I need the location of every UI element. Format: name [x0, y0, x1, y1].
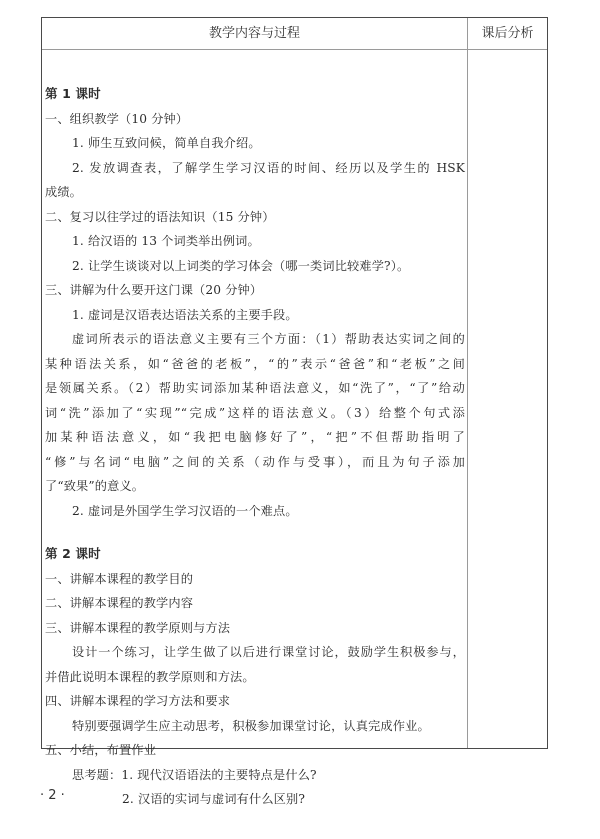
paragraph-line: 虚词所表示的语法意义主要有三个方面：（1）帮助表达实词之间的: [45, 327, 465, 352]
list-item: 2. 虚词是外国学生学习汉语的一个难点。: [45, 499, 465, 524]
teaching-content-cell: 第 1 课时 一、组织教学（10 分钟） 1. 师生互致问候，简单自我介绍。 2…: [45, 66, 465, 812]
homework-question: 2. 汉语的实词与虚词有什么区别?: [45, 787, 465, 812]
paragraph-line: 并借此说明本课程的教学原则和方法。: [45, 665, 465, 690]
paragraph-line: 是领属关系。（2）帮助实词添加某种语法意义，如“洗了”，“了”给动: [45, 376, 465, 401]
paragraph-line: 某种语法关系，如“爸爸的老板”，“的”表示“爸爸”和“老板”之间: [45, 352, 465, 377]
paragraph-line: 成绩。: [45, 180, 465, 205]
section-heading: 一、组织教学（10 分钟）: [45, 107, 465, 132]
paragraph-line: 设计一个练习，让学生做了以后进行课堂讨论，鼓励学生积极参与，: [45, 640, 465, 665]
section-heading: 四、讲解本课程的学习方法和要求: [45, 689, 465, 714]
section-heading: 一、讲解本课程的教学目的: [45, 567, 465, 592]
list-item: 2. 发放调查表，了解学生学习汉语的时间、经历以及学生的 HSK: [45, 156, 465, 181]
header-post-class-analysis: 课后分析: [468, 18, 547, 49]
spacer: [45, 66, 465, 82]
column-divider: [467, 18, 468, 748]
list-item: 2. 让学生谈谈对以上词类的学习体会（哪一类词比较难学?）。: [45, 254, 465, 279]
list-item: 1. 虚词是汉语表达语法关系的主要手段。: [45, 303, 465, 328]
lesson-1-title: 第 1 课时: [45, 82, 465, 107]
header-teaching-content: 教学内容与过程: [42, 18, 467, 49]
lesson-2-title: 第 2 课时: [45, 542, 465, 567]
section-heading: 二、复习以往学过的语法知识（15 分钟）: [45, 205, 465, 230]
paragraph-line: 词“洗”添加了“实现”“完成”这样的语法意义。（3）给整个句式添: [45, 401, 465, 426]
spacer: [45, 523, 465, 542]
section-heading: 三、讲解本课程的教学原则与方法: [45, 616, 465, 641]
table-header-row: 教学内容与过程 课后分析: [42, 18, 547, 50]
list-item: 1. 师生互致问候，简单自我介绍。: [45, 131, 465, 156]
paragraph-line: “修”与名词“电脑”之间的关系（动作与受事），而且为句子添加: [45, 450, 465, 475]
lesson-plan-table: 教学内容与过程 课后分析 第 1 课时 一、组织教学（10 分钟） 1. 师生互…: [41, 17, 548, 749]
paragraph-line: 特别要强调学生应主动思考，积极参加课堂讨论，认真完成作业。: [45, 714, 465, 739]
paragraph-line: 加某种语法意义，如“我把电脑修好了”，“把”不但帮助指明了: [45, 425, 465, 450]
list-item: 1. 给汉语的 13 个词类举出例词。: [45, 229, 465, 254]
section-heading: 二、讲解本课程的教学内容: [45, 591, 465, 616]
homework-question: 思考题：1. 现代汉语语法的主要特点是什么?: [45, 763, 465, 788]
section-heading: 五、小结，布置作业: [45, 738, 465, 763]
paragraph-line: 了“致果”的意义。: [45, 474, 465, 499]
page-number: · 2 ·: [40, 788, 65, 803]
section-heading: 三、讲解为什么要开这门课（20 分钟）: [45, 278, 465, 303]
